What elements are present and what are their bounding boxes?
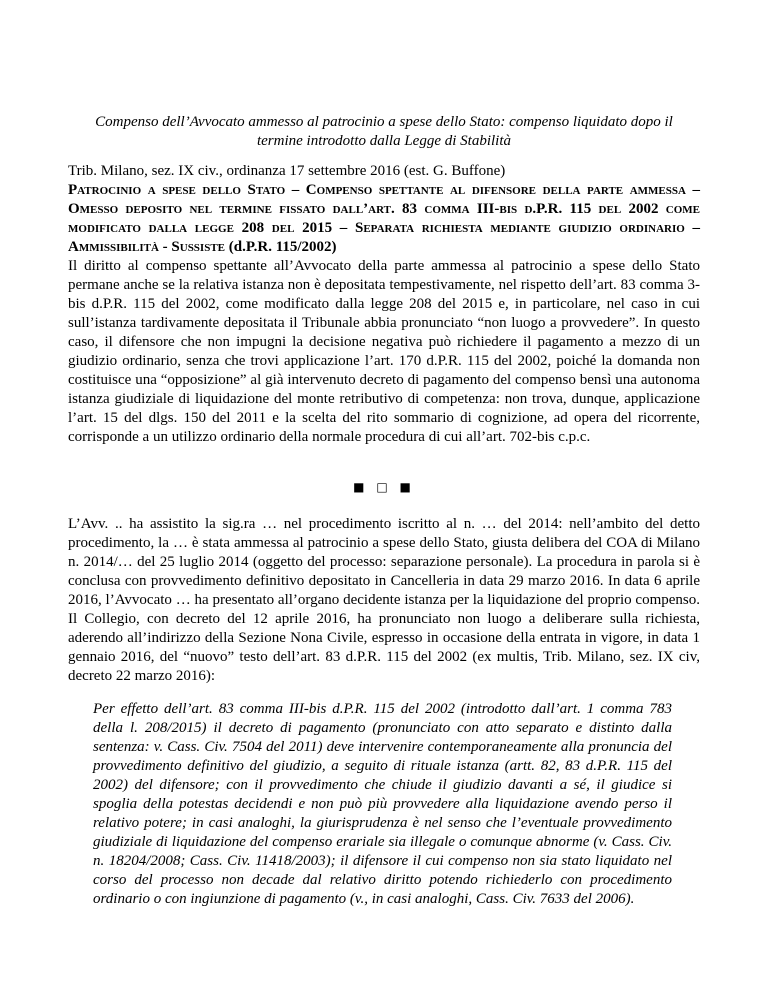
facts-paragraph: L’Avv. .. ha assistito la sig.ra … nel p…	[68, 515, 700, 686]
section-separator-squares: ■ □ ■	[68, 480, 700, 494]
headnote: Patrocinio a spese dello Stato – Compens…	[68, 181, 700, 257]
court-reference-line: Trib. Milano, sez. IX civ., ordinanza 17…	[68, 162, 700, 181]
headnote-statute-ref: (d.P.R. 115/2002)	[229, 239, 337, 255]
abstract-paragraph: Il diritto al compenso spettante all’Avv…	[68, 257, 700, 447]
quotation-block: Per effetto dell’art. 83 comma III-bis d…	[93, 700, 672, 909]
case-title: Compenso dell’Avvocato ammesso al patroc…	[74, 113, 694, 151]
document-page: Compenso dell’Avvocato ammesso al patroc…	[0, 0, 768, 994]
headnote-smallcaps: Patrocinio a spese dello Stato – Compens…	[68, 182, 700, 255]
